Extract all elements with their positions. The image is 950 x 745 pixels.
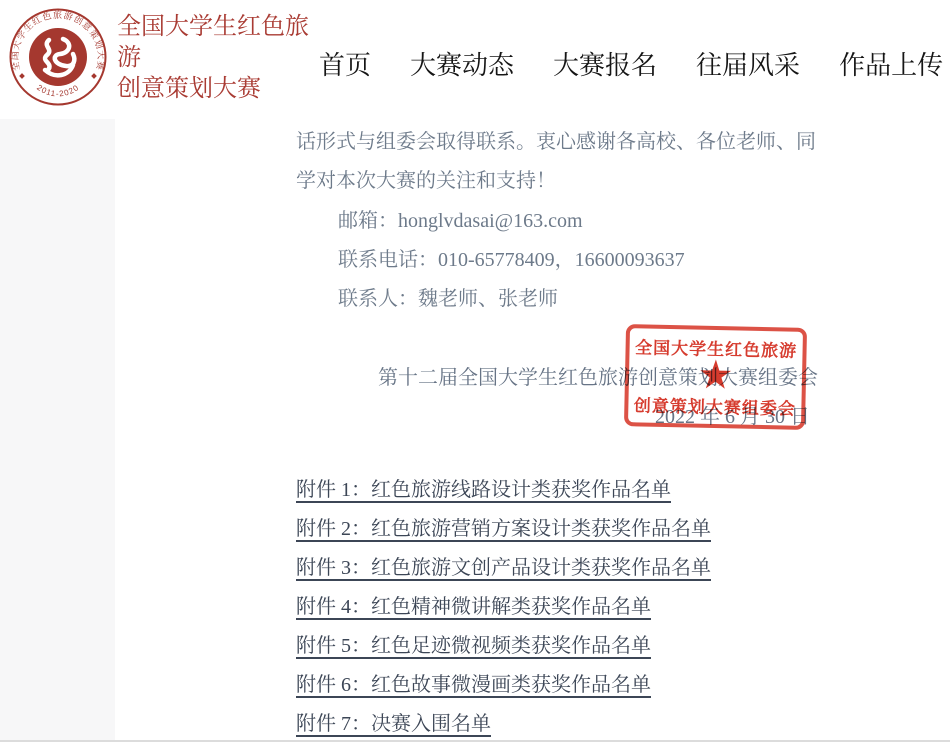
attachment-link-1[interactable]: 附件 1：红色旅游线路设计类获奖作品名单 [296, 479, 711, 502]
notice-email-line: 邮箱：honglvdasai@163.com [338, 209, 583, 233]
stamp-text-bottom: 创意策划大赛组委会 [628, 391, 801, 420]
attachment-link-2[interactable]: 附件 2：红色旅游营销方案设计类获奖作品名单 [296, 518, 711, 541]
attachment-link-5[interactable]: 附件 5：红色足迹微视频类获奖作品名单 [296, 635, 711, 658]
site-title-line1: 全国大学生红色旅 [117, 11, 313, 42]
site-header: 全国大学生红色旅游创意策划大赛 2011-2020 全国大学生红色旅 游 创意策… [0, 0, 950, 119]
attachment-list: 附件 1：红色旅游线路设计类获奖作品名单 附件 2：红色旅游营销方案设计类获奖作… [296, 479, 711, 736]
site-title-line2: 游 [117, 42, 313, 73]
main-nav: 首页 大赛动态 大赛报名 往届风采 作品上传 [319, 45, 943, 82]
left-gutter-panel [0, 119, 115, 740]
notice-contact-line: 联系人：魏老师、张老师 [338, 287, 558, 311]
attachment-link-4[interactable]: 附件 4：红色精神微讲解类获奖作品名单 [296, 596, 711, 619]
notice-paragraph-line2: 学对本次大赛的关注和支持！ [296, 169, 556, 193]
nav-item-upload-works[interactable]: 作品上传 [839, 45, 943, 82]
site-logo[interactable]: 全国大学生红色旅游创意策划大赛 2011-2020 [8, 3, 108, 109]
site-title: 全国大学生红色旅 游 创意策划大赛 [117, 11, 313, 104]
attachment-link-3[interactable]: 附件 3：红色旅游文创产品设计类获奖作品名单 [296, 557, 711, 580]
nav-item-register[interactable]: 大赛报名 [553, 45, 657, 82]
attachment-link-7[interactable]: 附件 7：决赛入围名单 [296, 713, 711, 736]
nav-item-past-editions[interactable]: 往届风采 [696, 45, 800, 82]
star-icon: ★ [697, 355, 734, 396]
nav-item-home[interactable]: 首页 [319, 45, 371, 82]
site-title-line3: 创意策划大赛 [117, 73, 313, 104]
committee-stamp: 全国大学生红色旅游 ★ 创意策划大赛组委会 [624, 324, 807, 430]
bottom-divider [0, 740, 950, 742]
nav-item-news[interactable]: 大赛动态 [410, 45, 514, 82]
logo-seal-icon: 全国大学生红色旅游创意策划大赛 2011-2020 [8, 3, 108, 109]
attachment-link-6[interactable]: 附件 6：红色故事微漫画类获奖作品名单 [296, 674, 711, 697]
notice-paragraph-line1: 话形式与组委会取得联系。衷心感谢各高校、各位老师、同 [296, 130, 816, 154]
notice-phone-line: 联系电话：010-65778409，16600093637 [338, 248, 685, 272]
